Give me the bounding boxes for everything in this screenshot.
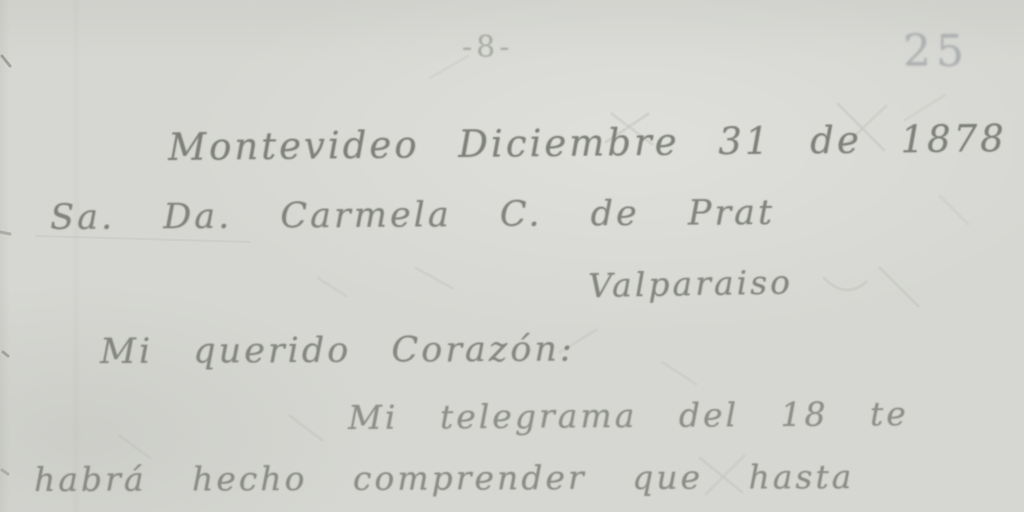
letter-line-recipient: Sa. Da. Carmela C. de Prat xyxy=(50,193,775,238)
letter-line-city: Valparaiso xyxy=(588,262,793,305)
letter-line-dateline: Montevideo Diciembre 31 de 1878 xyxy=(168,117,1007,169)
letter-line-salutation: Mi querido Corazón: xyxy=(100,330,575,372)
edge-marks xyxy=(0,56,10,474)
folio-number: 25 xyxy=(903,26,969,77)
letter-line-body-1: Mi telegrama del 18 te xyxy=(348,394,909,437)
letter-scan-page: -8- 25 Montevideo Diciembre 31 de 1878 S… xyxy=(0,0,1024,512)
page-number: -8- xyxy=(462,30,513,65)
letter-line-body-2: habrá hecho comprender que hasta xyxy=(34,457,854,499)
